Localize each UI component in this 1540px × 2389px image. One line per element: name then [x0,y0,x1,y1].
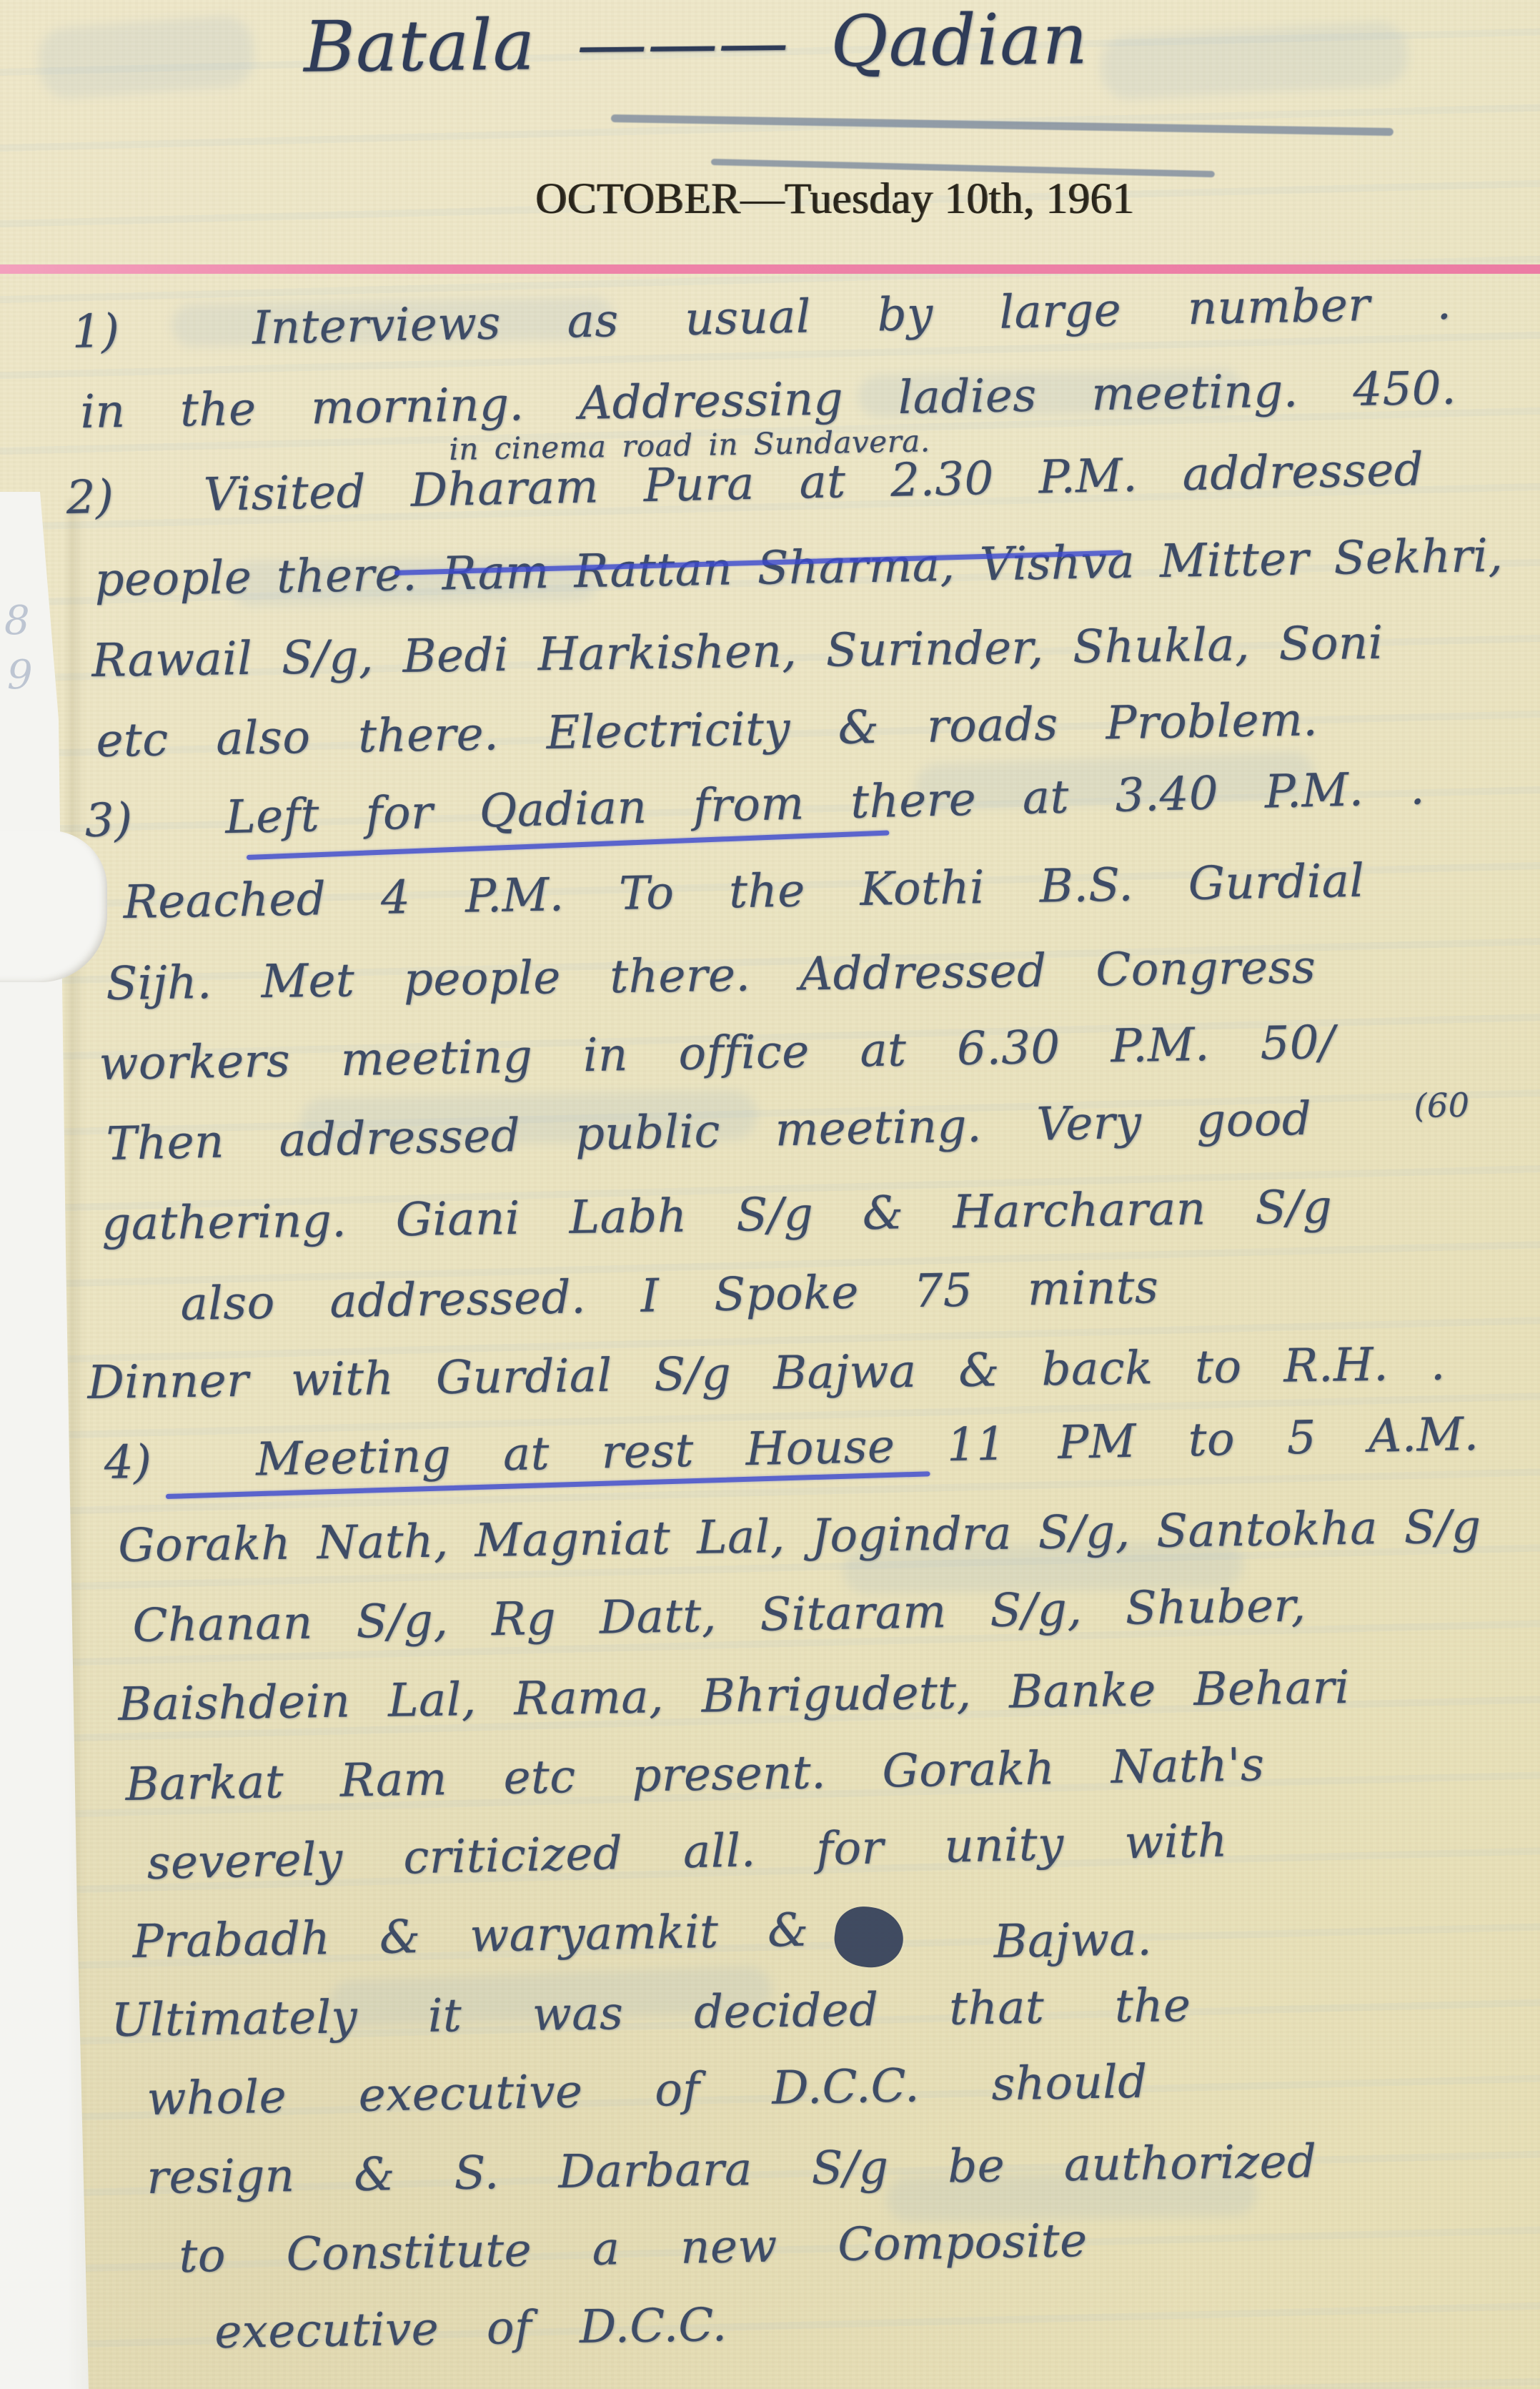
manuscript-line: workers meeting in office at 6.30 P.M. 5… [99,1017,1336,1091]
manuscript-line: Then addressed public meeting. Very good [106,1093,1312,1171]
manuscript-line: Prabadh & waryamkit & [132,1904,809,1969]
scribbled-out-word [831,1903,908,1972]
manuscript-line: etc also there. Electricity & roads Prob… [96,693,1318,768]
manuscript-line: severely criticized all. for unity with [146,1814,1228,1890]
manuscript-line: Barkat Ram etc present. Gorakh Nath's [125,1738,1265,1811]
manuscript-line: also addressed. I Spoke 75 mints [180,1261,1159,1331]
manuscript-line: Bajwa. [993,1913,1153,1969]
manuscript-line: executive of D.C.C. [214,2299,727,2359]
manuscript-line: Sijh. Met people there. Addressed Congre… [106,941,1316,1011]
manuscript-line: (60 [1414,1086,1470,1125]
manuscript-line: Baishdein Lal, Rama, Bhrigudett, Banke B… [118,1661,1350,1731]
manuscript-line: Gorakh Nath, Magniat Lal, Jogindra S/g, … [118,1500,1481,1573]
manuscript-line: 1) Interviews as usual by large number . [71,277,1452,359]
manuscript-line: Chanan S/g, Rg Datt, Sitaram S/g, Shuber… [132,1579,1306,1653]
scanned-diary-page: Batala ——— Qadian OCTOBER—Tuesday 10th, … [0,0,1540,2389]
manuscript-line: resign & S. Darbara S/g be authorized [146,2135,1317,2205]
manuscript-line: to Constitute a new Composite [179,2215,1088,2283]
manuscript-line: Rawail S/g, Bedi Harkishen, Surinder, Sh… [91,617,1383,688]
manuscript-line: whole executive of D.C.C. should [146,2056,1148,2126]
manuscript-line: Reached 4 P.M. To the Kothi B.S. Gurdial [123,855,1365,929]
manuscript-line: people there. Ram Rattan Sharma, Vishva … [94,530,1504,607]
manuscript-body: 1) Interviews as usual by large number .… [0,0,1540,2389]
manuscript-line: gathering. Giani Labh S/g & Harcharan S/… [101,1181,1333,1251]
manuscript-line: Dinner with Gurdial S/g Bajwa & back to … [87,1337,1446,1410]
manuscript-line: Ultimately it was decided that the [111,1979,1191,2047]
